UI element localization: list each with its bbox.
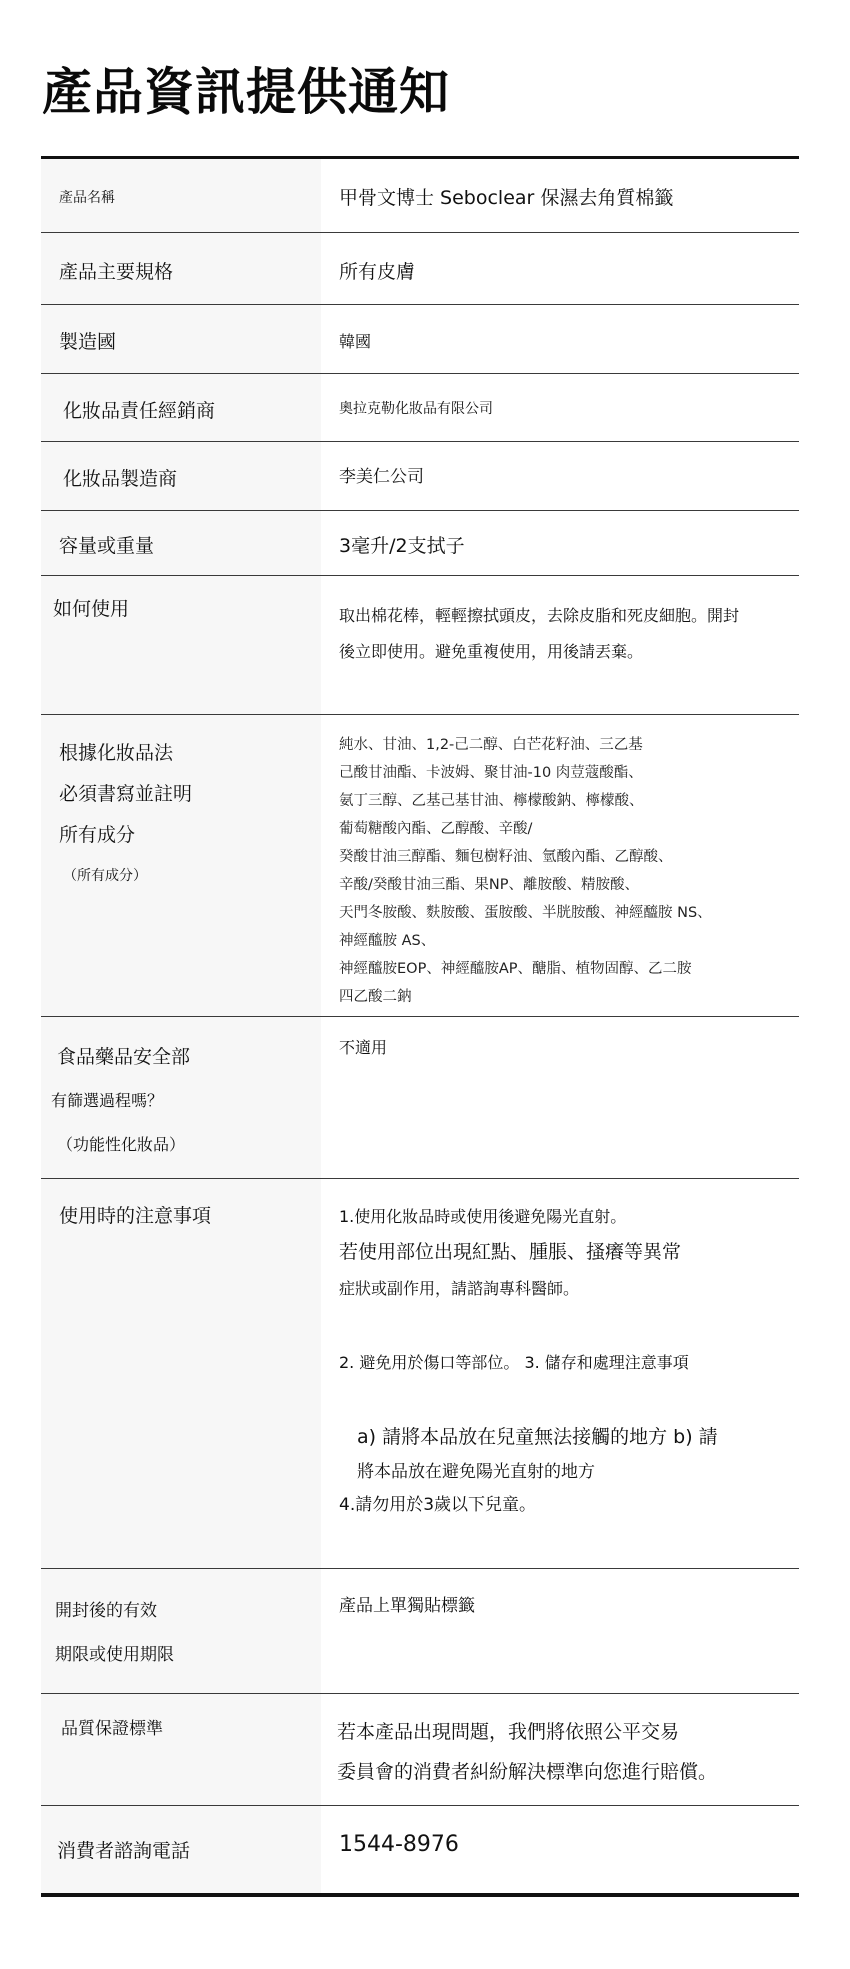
label-text: 根據化妝品法 bbox=[59, 733, 321, 774]
ingredient-line: 葡萄糖酸內酯、乙醇酸、辛酸/ bbox=[339, 815, 799, 843]
row-value: 1544-8976 bbox=[321, 1806, 799, 1893]
value-text: 奧拉克勒化妝品有限公司 bbox=[339, 398, 799, 418]
row-value: 取出棉花棒，輕輕擦拭頭皮，去除皮脂和死皮細胞。開封 後立即使用。避免重複使用，用… bbox=[321, 576, 799, 714]
label-note: （所有成分） bbox=[59, 856, 321, 897]
row-label: 產品主要規格 bbox=[41, 233, 321, 304]
label-text: 容量或重量 bbox=[59, 531, 321, 558]
row-label: 食品藥品安全部 有篩選過程嗎？ （功能性化妝品） bbox=[41, 1017, 321, 1178]
label-text: 產品主要規格 bbox=[59, 257, 321, 284]
ingredient-line: 純水、甘油、1,2-己二醇、白芒花籽油、三乙基 bbox=[339, 731, 799, 759]
row-value: 若本產品出現問題，我們將依照公平交易 委員會的消費者糾紛解決標準向您進行賠償。 bbox=[321, 1694, 799, 1805]
label-text: 食品藥品安全部 bbox=[51, 1035, 321, 1079]
label-text: 所有成分 bbox=[59, 815, 321, 856]
row-mfds-screening: 食品藥品安全部 有篩選過程嗎？ （功能性化妝品） 不適用 bbox=[41, 1016, 799, 1178]
value-line: 委員會的消費者糾紛解決標準向您進行賠償。 bbox=[337, 1752, 799, 1792]
row-label: 容量或重量 bbox=[41, 511, 321, 575]
precaution-line: 將本品放在避免陽光直射的地方 bbox=[339, 1455, 799, 1489]
precaution-line: 1.使用化妝品時或使用後避免陽光直射。 bbox=[339, 1201, 799, 1233]
row-distributor: 化妝品責任經銷商 奧拉克勒化妝品有限公司 bbox=[41, 373, 799, 441]
value-text: 3毫升/2支拭子 bbox=[339, 531, 799, 558]
value-line: 後立即使用。避免重複使用，用後請丟棄。 bbox=[339, 634, 799, 670]
row-label: 使用時的注意事項 bbox=[41, 1179, 321, 1568]
row-value: 甲骨文博士 Seboclear 保濕去角質棉籤 bbox=[321, 159, 799, 232]
row-ingredients: 根據化妝品法 必須書寫並註明 所有成分 （所有成分） 純水、甘油、1,2-己二醇… bbox=[41, 714, 799, 1016]
row-consumer-phone: 消費者諮詢電話 1544-8976 bbox=[41, 1805, 799, 1893]
label-text: 製造國 bbox=[59, 327, 321, 354]
label-text: 品質保證標準 bbox=[61, 1714, 321, 1739]
label-note: （功能性化妝品） bbox=[51, 1123, 321, 1167]
label-text: 如何使用 bbox=[53, 594, 321, 621]
ingredient-line: 己酸甘油酯、卡波姆、聚甘油-10 肉荳蔻酸酯、 bbox=[339, 759, 799, 787]
row-product-name: 產品名稱 甲骨文博士 Seboclear 保濕去角質棉籤 bbox=[41, 159, 799, 232]
row-label: 如何使用 bbox=[41, 576, 321, 714]
row-label: 產品名稱 bbox=[41, 159, 321, 232]
value-text: 甲骨文博士 Seboclear 保濕去角質棉籤 bbox=[339, 183, 799, 210]
precaution-line: 若使用部位出現紅點、腫脹、搔癢等異常 bbox=[339, 1233, 799, 1271]
ingredient-line: 辛酸/癸酸甘油三酯、果NP、離胺酸、精胺酸、 bbox=[339, 871, 799, 899]
row-volume: 容量或重量 3毫升/2支拭子 bbox=[41, 510, 799, 575]
value-text: 不適用 bbox=[339, 1035, 799, 1058]
row-label: 製造國 bbox=[41, 305, 321, 373]
row-label: 化妝品責任經銷商 bbox=[41, 374, 321, 441]
row-precautions: 使用時的注意事項 1.使用化妝品時或使用後避免陽光直射。 若使用部位出現紅點、腫… bbox=[41, 1178, 799, 1568]
label-text: 期限或使用期限 bbox=[55, 1633, 321, 1677]
row-label: 化妝品製造商 bbox=[41, 442, 321, 510]
label-text: 有篩選過程嗎？ bbox=[51, 1079, 321, 1123]
product-info-table: 產品名稱 甲骨文博士 Seboclear 保濕去角質棉籤 產品主要規格 所有皮膚… bbox=[41, 156, 799, 1897]
ingredient-line: 天門冬胺酸、麩胺酸、蛋胺酸、半胱胺酸、神經醯胺 NS、 bbox=[339, 899, 799, 927]
ingredient-line: 神經醯胺 AS、 bbox=[339, 927, 799, 955]
precaution-line: 4.請勿用於3歲以下兒童。 bbox=[339, 1489, 799, 1521]
label-text: 使用時的注意事項 bbox=[59, 1201, 321, 1228]
row-expiry: 開封後的有效 期限或使用期限 產品上單獨貼標籤 bbox=[41, 1568, 799, 1693]
row-label: 開封後的有效 期限或使用期限 bbox=[41, 1569, 321, 1693]
row-country: 製造國 韓國 bbox=[41, 304, 799, 373]
phone-number: 1544-8976 bbox=[339, 1832, 799, 1857]
row-value: 純水、甘油、1,2-己二醇、白芒花籽油、三乙基 己酸甘油酯、卡波姆、聚甘油-10… bbox=[321, 715, 799, 1016]
row-value: 不適用 bbox=[321, 1017, 799, 1178]
value-text: 李美仁公司 bbox=[339, 462, 799, 487]
label-text: 消費者諮詢電話 bbox=[57, 1836, 321, 1863]
row-manufacturer: 化妝品製造商 李美仁公司 bbox=[41, 441, 799, 510]
ingredient-line: 氨丁三醇、乙基己基甘油、檸檬酸鈉、檸檬酸、 bbox=[339, 787, 799, 815]
precaution-line: a) 請將本品放在兒童無法接觸的地方 b) 請 bbox=[339, 1419, 799, 1455]
label-text: 化妝品責任經銷商 bbox=[63, 396, 321, 423]
page-title: 產品資訊提供通知 bbox=[42, 52, 450, 124]
row-value: 產品上單獨貼標籤 bbox=[321, 1569, 799, 1693]
value-line: 取出棉花棒，輕輕擦拭頭皮，去除皮脂和死皮細胞。開封 bbox=[339, 598, 799, 634]
label-text: 開封後的有效 bbox=[55, 1589, 321, 1633]
row-label: 品質保證標準 bbox=[41, 1694, 321, 1805]
ingredient-line: 癸酸甘油三醇酯、麵包樹籽油、氫酸內酯、乙醇酸、 bbox=[339, 843, 799, 871]
value-text: 所有皮膚 bbox=[339, 257, 799, 284]
row-value: 3毫升/2支拭子 bbox=[321, 511, 799, 575]
ingredient-line: 神經醯胺EOP、神經醯胺AP、醣脂、植物固醇、乙二胺 bbox=[339, 955, 799, 983]
value-text: 產品上單獨貼標籤 bbox=[339, 1591, 799, 1616]
row-label: 根據化妝品法 必須書寫並註明 所有成分 （所有成分） bbox=[41, 715, 321, 1016]
row-label: 消費者諮詢電話 bbox=[41, 1806, 321, 1893]
value-text: 韓國 bbox=[339, 329, 799, 352]
precaution-line: 2. 避免用於傷口等部位。 3. 儲存和處理注意事項 bbox=[339, 1349, 799, 1377]
row-value: 李美仁公司 bbox=[321, 442, 799, 510]
precaution-line: 症狀或副作用，請諮詢專科醫師。 bbox=[339, 1271, 799, 1307]
row-main-spec: 產品主要規格 所有皮膚 bbox=[41, 232, 799, 304]
row-how-to-use: 如何使用 取出棉花棒，輕輕擦拭頭皮，去除皮脂和死皮細胞。開封 後立即使用。避免重… bbox=[41, 575, 799, 714]
label-text: 必須書寫並註明 bbox=[59, 774, 321, 815]
label-text: 產品名稱 bbox=[59, 187, 321, 207]
value-line: 若本產品出現問題，我們將依照公平交易 bbox=[337, 1712, 799, 1752]
row-value: 韓國 bbox=[321, 305, 799, 373]
ingredient-line: 四乙酸二鈉 bbox=[339, 983, 799, 1011]
row-value: 1.使用化妝品時或使用後避免陽光直射。 若使用部位出現紅點、腫脹、搔癢等異常 症… bbox=[321, 1179, 799, 1568]
row-value: 所有皮膚 bbox=[321, 233, 799, 304]
row-value: 奧拉克勒化妝品有限公司 bbox=[321, 374, 799, 441]
label-text: 化妝品製造商 bbox=[63, 464, 321, 491]
row-quality-guarantee: 品質保證標準 若本產品出現問題，我們將依照公平交易 委員會的消費者糾紛解決標準向… bbox=[41, 1693, 799, 1805]
